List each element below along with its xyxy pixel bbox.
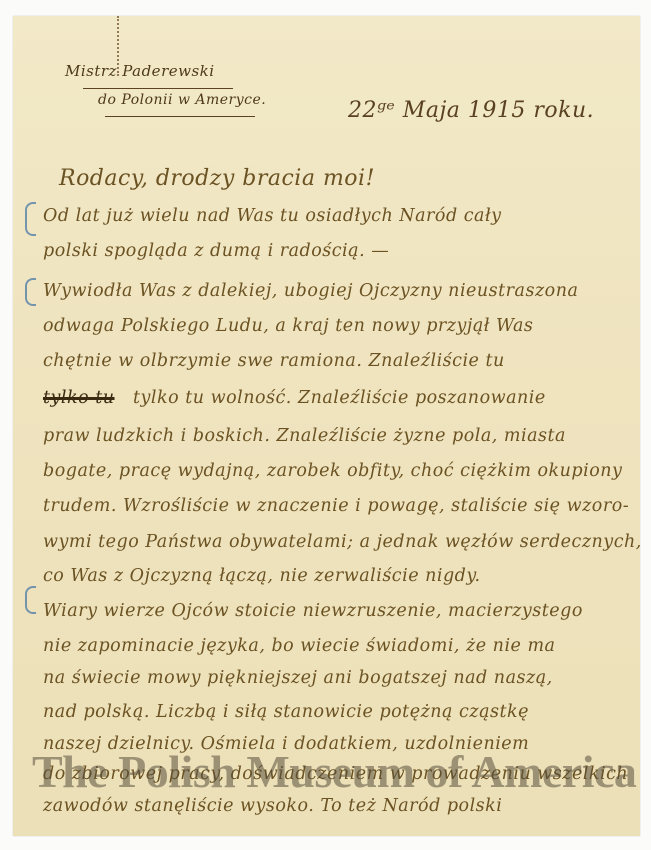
letter-line: zawodów stanęliście wysoko. To też Naród… [43, 796, 502, 816]
letter-line: polski spogląda z dumą i radością. — [43, 241, 389, 261]
letter-line: Wiary wierze Ojców stoicie niewzruszenie… [43, 601, 583, 621]
letter-line: Wywiodła Was z dalekiej, ubogiej Ojczyzn… [43, 281, 578, 301]
letter-line: nie zapominacie języka, bo wiecie świado… [43, 636, 556, 656]
heading-underline [83, 88, 233, 89]
letter-salutation: Rodacy, drodzy bracia moi! [59, 166, 375, 191]
paragraph-mark [25, 278, 36, 306]
struck-out-text: tylko tu [43, 388, 115, 408]
letter-line: trudem. Wzrośliście w znaczenie i powagę… [43, 496, 629, 516]
letter-line: bogate, pracę wydajną, zarobek obfity, c… [43, 461, 622, 481]
letter-line: na świecie mowy piękniejszej ani bogatsz… [43, 668, 553, 688]
letter-line: chętnie w olbrzymie swe ramiona. Znaleźl… [43, 351, 505, 371]
letter-page: Mistrz Paderewski do Polonii w Ameryce. … [13, 16, 640, 836]
letter-line: odwaga Polskiego Ludu, a kraj ten nowy p… [43, 316, 533, 336]
letter-line: tylko tu wolność. Znaleźliście poszanowa… [133, 388, 546, 408]
letter-line: wymi tego Państwa obywatelami; a jednak … [43, 532, 642, 552]
paragraph-mark [25, 202, 36, 236]
letter-line: Od lat już wielu nad Was tu osiadłych Na… [43, 206, 502, 226]
letter-line: co Was z Ojczyzną łączą, nie zerwaliście… [43, 566, 481, 586]
letter-line: praw ludzkich i boskich. Znaleźliście ży… [43, 426, 566, 446]
heading-underline [105, 116, 255, 117]
letter-line-with-strikeout: tylko tu [43, 388, 115, 408]
letter-heading-recipient: do Polonii w Ameryce. [98, 92, 266, 108]
letter-line: nad polską. Liczbą i siłą stanowicie pot… [43, 702, 529, 722]
museum-watermark: The Polish Museum of America [32, 745, 636, 798]
paragraph-mark [25, 586, 36, 614]
letter-heading-author: Mistrz Paderewski [65, 62, 215, 80]
letter-date: 22ᵍᵉ Maja 1915 roku. [348, 98, 594, 123]
